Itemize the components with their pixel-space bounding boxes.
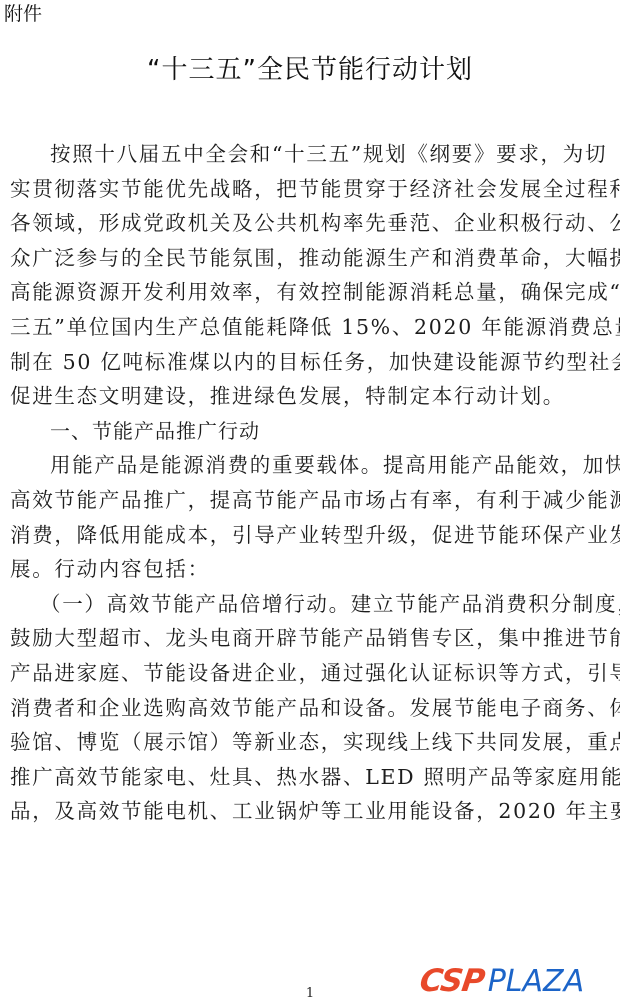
paragraph-line: 用能产品是能源消费的重要载体。提高用能产品能效，加快 bbox=[10, 448, 615, 483]
paragraph-line: 实贯彻落实节能优先战略，把节能贯穿于经济社会发展全过程和 bbox=[10, 172, 615, 207]
paragraph-line: 高能源资源开发利用效率，有效控制能源消耗总量，确保完成“十 bbox=[10, 275, 615, 310]
paragraph-line: 产品进家庭、节能设备进企业，通过强化认证标识等方式，引导 bbox=[10, 656, 615, 691]
paragraph-line: 推广高效节能家电、灶具、热水器、LED 照明产品等家庭用能产 bbox=[10, 760, 615, 795]
document-body: 按照十八届五中全会和“十三五”规划《纲要》要求，为切 实贯彻落实节能优先战略，把… bbox=[10, 137, 615, 829]
paragraph-line: 展。行动内容包括： bbox=[10, 552, 615, 587]
paragraph-line: 鼓励大型超市、龙头电商开辟节能产品销售专区，集中推进节能 bbox=[10, 621, 615, 656]
paragraph-line: 众广泛参与的全民节能氛围，推动能源生产和消费革命，大幅提 bbox=[10, 241, 615, 276]
paragraph-line: 促进生态文明建设，推进绿色发展，特制定本行动计划。 bbox=[10, 379, 615, 414]
paragraph-line: 三五”单位国内生产总值能耗降低 15%、2020 年能源消费总量控 bbox=[10, 310, 615, 345]
paragraph-line: 制在 50 亿吨标准煤以内的目标任务，加快建设能源节约型社会， bbox=[10, 345, 615, 380]
paragraph-line: 按照十八届五中全会和“十三五”规划《纲要》要求，为切 bbox=[10, 137, 615, 172]
paragraph-line: 消费，降低用能成本，引导产业转型升级，促进节能环保产业发 bbox=[10, 518, 615, 553]
paragraph-line: 各领域，形成党政机关及公共机构率先垂范、企业积极行动、公 bbox=[10, 206, 615, 241]
paragraph-line: 验馆、博览（展示馆）等新业态，实现线上线下共同发展，重点 bbox=[10, 725, 615, 760]
section-heading: 一、节能产品推广行动 bbox=[10, 414, 615, 449]
attachment-label: 附件 bbox=[4, 2, 42, 26]
paragraph-line: 品，及高效节能电机、工业锅炉等工业用能设备，2020 年主要 bbox=[10, 794, 615, 829]
page-number: 1 bbox=[0, 986, 620, 1001]
paragraph-line: 消费者和企业选购高效节能产品和设备。发展节能电子商务、体 bbox=[10, 691, 615, 726]
subsection-line: （一）高效节能产品倍增行动。建立节能产品消费积分制度， bbox=[10, 587, 615, 622]
paragraph-line: 高效节能产品推广，提高节能产品市场占有率，有利于减少能源 bbox=[10, 483, 615, 518]
document-title: “十三五”全民节能行动计划 bbox=[0, 52, 620, 88]
